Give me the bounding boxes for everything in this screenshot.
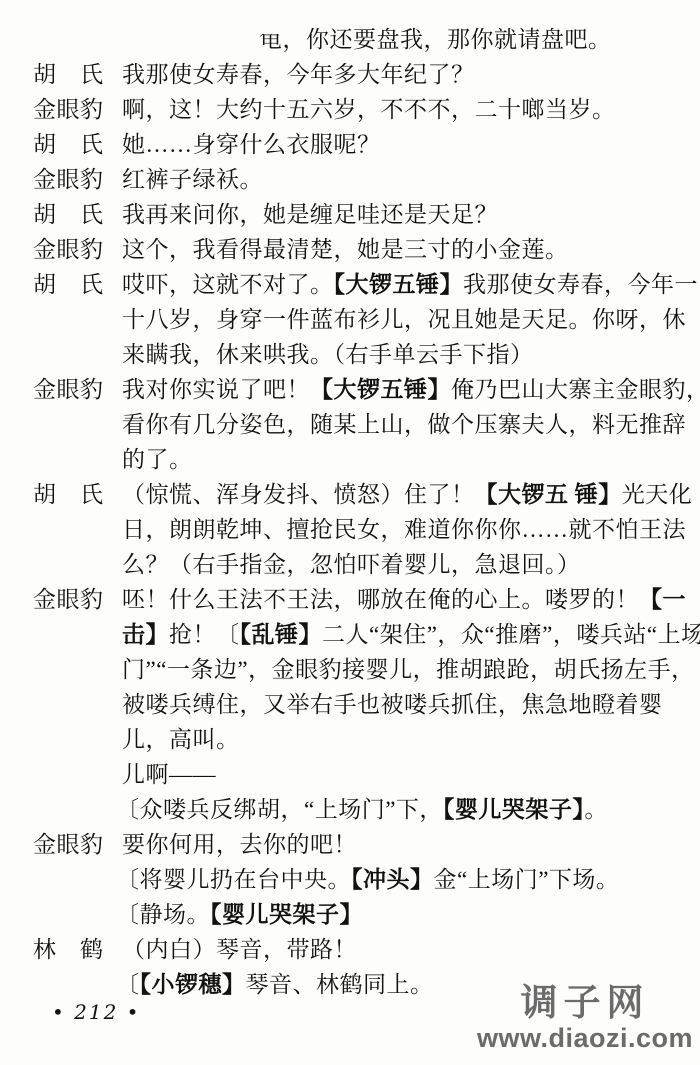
percussion-notation: 【大锣五 锤】 <box>475 482 622 507</box>
script-line: 胡 氏我那使女寿春，今年多大年纪了？ <box>0 57 700 92</box>
script-line: 金眼豹红裤子绿袄。 <box>0 162 700 197</box>
dialogue-text: 看你有几分姿色，随某上山，做个压寨夫人，料无推辞 <box>122 412 686 437</box>
dialogue-text: 哎吓，这就不对了。 <box>122 272 334 297</box>
dialogue-text: ，你还要盘我，那你就请盘吧。 <box>283 27 612 52</box>
script-line: 的了。 <box>0 442 700 477</box>
dialogue-text: 这个，我看得最清楚，她是三寸的小金莲。 <box>122 237 569 262</box>
script-line: 日，朗朗乾坤、擅抢民女，难道你你你……就不怕王法 <box>0 512 700 547</box>
dialogue-text: 她……身穿什么衣服呢？ <box>122 132 381 157</box>
percussion-notation: 【大锣五锤】 <box>310 377 451 402</box>
watermark: 调子网 www.diaozi.com <box>470 982 700 1052</box>
script-line: 来瞒我，休来哄我。（右手单云手下指） <box>0 337 700 372</box>
script-line: 金眼豹啊，这！大约十五六岁，不不不，二十啷当岁。 <box>0 92 700 127</box>
dialogue-text: 我那使女寿春，今年一 <box>463 272 698 297</box>
script-line: 击】抢！〔【乱锤】二人“架住”，众“推磨”，喽兵站“上场 <box>0 617 700 652</box>
dialogue-text: （内白）琴音，带路！ <box>122 937 357 962</box>
dialogue-text: 么？（右手指金，忽怕吓着婴儿，急退回。） <box>122 552 581 577</box>
script-line: 胡 氏（惊慌、浑身发抖、愤怒）住了！【大锣五 锤】光天化 <box>0 477 700 512</box>
dialogue-text: 光天化 <box>622 482 693 507</box>
dialogue-text: 日，朗朗乾坤、擅抢民女，难道你你你……就不怕王法 <box>122 517 686 542</box>
script-line: 儿啊—— <box>0 757 700 792</box>
clipped-edge-character: 龟 <box>259 22 283 57</box>
script-line: 金眼豹这个，我看得最清楚，她是三寸的小金莲。 <box>0 232 700 267</box>
script-line: 么？（右手指金，忽怕吓着婴儿，急退回。） <box>0 547 700 582</box>
dialogue-text: 呸！什么王法不王法，哪放在俺的心上。喽罗的！ <box>122 587 639 612</box>
dialogue-text: 二人“架住”，众“推磨”，喽兵站“上场 <box>322 622 700 647</box>
stage-direction-text: 〔众喽兵反绑胡，“上场门”下， <box>116 797 443 822</box>
speaker-name: 胡 氏 <box>33 197 104 232</box>
speaker-name: 金眼豹 <box>33 232 104 267</box>
dialogue-text: 啊，这！大约十五六岁，不不不，二十啷当岁。 <box>122 97 616 122</box>
script-line: 看你有几分姿色，随某上山，做个压寨夫人，料无推辞 <box>0 407 700 442</box>
dialogue-text: 来瞒我，休来哄我。（右手单云手下指） <box>122 342 534 367</box>
stage-direction-text: 〔将婴儿扔在台中央。 <box>116 867 351 892</box>
stage-direction-text: 。 <box>584 797 608 822</box>
script-line: 林 鹤（内白）琴音，带路！ <box>0 932 700 967</box>
script-line: 金眼豹要你何用，去你的吧！ <box>0 827 700 862</box>
dialogue-text: 被喽兵缚住，又举右手也被喽兵抓住，焦急地瞪着婴 <box>122 692 663 717</box>
script-line: 〔将婴儿扔在台中央。【冲头】金“上场门”下场。 <box>0 862 700 897</box>
script-line: 〔静场。【婴儿哭架子】 <box>0 897 700 932</box>
percussion-notation: 【乱锤】 <box>240 622 323 647</box>
speaker-name: 林 鹤 <box>33 932 104 967</box>
stage-direction-text: 〔静场。 <box>116 902 210 927</box>
speaker-name: 胡 氏 <box>33 127 104 162</box>
speaker-name: 金眼豹 <box>33 92 104 127</box>
dialogue-text: （惊慌、浑身发抖、愤怒）住了！ <box>122 482 475 507</box>
script-line: 胡 氏哎吓，这就不对了。【大锣五锤】我那使女寿春，今年一 <box>0 267 700 302</box>
percussion-notation: 击】 <box>122 622 169 647</box>
speaker-name: 金眼豹 <box>33 827 104 862</box>
script-line: 被喽兵缚住，又举右手也被喽兵抓住，焦急地瞪着婴 <box>0 687 700 722</box>
dialogue-text: 的了。 <box>122 447 193 472</box>
dialogue-text: 我再来问你，她是缠足哇还是天足？ <box>122 202 498 227</box>
script-line: 金眼豹我对你实说了吧！【大锣五锤】俺乃巴山大寨主金眼豹， <box>0 372 700 407</box>
dialogue-text: 我那使女寿春，今年多大年纪了？ <box>122 62 475 87</box>
page-number: • 212 • <box>52 1000 140 1024</box>
dialogue-text: 俺乃巴山大寨主金眼豹， <box>451 377 700 402</box>
speaker-name: 胡 氏 <box>33 57 104 92</box>
script-line: 儿，高叫。 <box>0 722 700 757</box>
dialogue-text: 儿，高叫。 <box>122 727 240 752</box>
speaker-name: 金眼豹 <box>33 582 104 617</box>
script-line: 胡 氏她……身穿什么衣服呢？ <box>0 127 700 162</box>
script-line: 金眼豹呸！什么王法不王法，哪放在俺的心上。喽罗的！【一 <box>0 582 700 617</box>
script-line: 龟，你还要盘我，那你就请盘吧。 <box>0 22 700 57</box>
percussion-notation: 【婴儿哭架子】 <box>443 797 585 822</box>
dialogue-text: 红裤子绿袄。 <box>122 167 263 192</box>
watermark-site-url: www.diaozi.com <box>470 1024 700 1052</box>
percussion-notation: 【小锣穗】 <box>140 972 246 997</box>
speaker-name: 胡 氏 <box>33 267 104 302</box>
percussion-notation: 【冲头】 <box>351 867 434 892</box>
stage-direction-text: 金“上场门”下场。 <box>434 867 620 892</box>
percussion-notation: 【一 <box>639 587 686 612</box>
stage-direction-text: 琴音、林鹤同上。 <box>246 972 434 997</box>
watermark-site-name: 调子网 <box>470 982 700 1024</box>
speaker-name: 胡 氏 <box>33 477 104 512</box>
script-line: 十八岁，身穿一件蓝布衫儿，况且她是天足。你呀，休 <box>0 302 700 337</box>
dialogue-text: 门”“一条边”，金眼豹接婴儿，推胡踉跄，胡氏扬左手， <box>122 657 695 682</box>
dialogue-text: 抢！〔 <box>169 622 240 647</box>
script-line: 胡 氏我再来问你，她是缠足哇还是天足？ <box>0 197 700 232</box>
speaker-name: 金眼豹 <box>33 162 104 197</box>
percussion-notation: 【大锣五锤】 <box>334 272 464 297</box>
script-line: 〔众喽兵反绑胡，“上场门”下，【婴儿哭架子】。 <box>0 792 700 827</box>
speaker-name: 金眼豹 <box>33 372 104 407</box>
dialogue-text: 儿啊—— <box>122 762 216 787</box>
scanned-script-page: 龟，你还要盘我，那你就请盘吧。胡 氏我那使女寿春，今年多大年纪了？金眼豹啊，这！… <box>0 0 700 1065</box>
script-line: 门”“一条边”，金眼豹接婴儿，推胡踉跄，胡氏扬左手， <box>0 652 700 687</box>
stage-direction-text: 〔 <box>116 972 140 997</box>
script-body: 龟，你还要盘我，那你就请盘吧。胡 氏我那使女寿春，今年多大年纪了？金眼豹啊，这！… <box>0 22 700 1002</box>
dialogue-text: 十八岁，身穿一件蓝布衫儿，况且她是天足。你呀，休 <box>122 307 686 332</box>
percussion-notation: 【婴儿哭架子】 <box>210 902 363 927</box>
dialogue-text: 要你何用，去你的吧！ <box>122 832 357 857</box>
dialogue-text: 我对你实说了吧！ <box>122 377 310 402</box>
